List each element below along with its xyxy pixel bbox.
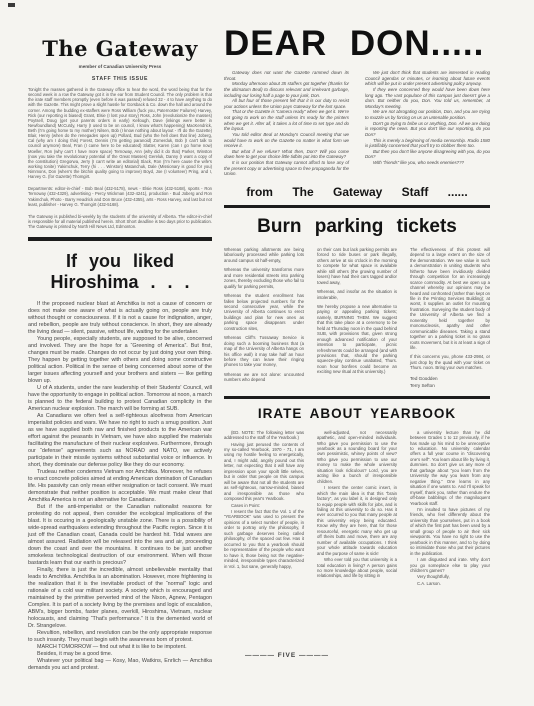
hiroshima-headline: If you liked Hiroshima . . . [28, 251, 212, 292]
paragraph: Whereas we are not alone: uncounted numb… [224, 372, 304, 383]
section-divider-bar-2 [224, 396, 490, 399]
paragraph: But if the anti-imperialist or the Canad… [28, 504, 212, 567]
paragraph: Whereas, and insofar as the situation is… [317, 289, 397, 300]
left-editorial-column: The Gateway member of Canadian Universit… [28, 38, 212, 672]
masthead-divider-bar [28, 237, 212, 241]
irate-about-yearbook-headline: IRATE ABOUT YEARBOOK [224, 406, 490, 421]
hiroshima-headline-line1: If you liked [28, 251, 212, 272]
paragraph: a university lecture than he did between… [410, 430, 490, 506]
dear-don-column-2: We just don't think that students are in… [365, 70, 490, 177]
paragraph: Whereas parking allotments are being lab… [224, 247, 304, 263]
paragraph: Finally, there is just the incredible, a… [28, 567, 212, 630]
newspaper-page: { "page": { "number_label": "———— FIVE —… [0, 0, 534, 706]
paragraph: As Canadians we often feel a self-righte… [28, 413, 212, 469]
paragraph: Whereas the university transforms more a… [224, 267, 304, 289]
paragraph: Having just perused the contents of my s… [224, 442, 304, 502]
paragraph: Don't go trying to bribe us or anything,… [365, 121, 490, 138]
burn-parking-column-2: on their cars but lack parking permits a… [317, 247, 397, 390]
yearbook-column-1: (ED. NOTE: The following letter was addr… [224, 430, 304, 588]
paragraph: We hereby propose a new alternative to p… [317, 304, 397, 375]
paragraph: Revultion, rebellion, and revolution can… [28, 630, 212, 644]
paragraph: I resent the fact that the Vol. 1 of the… [224, 509, 304, 569]
paragraph: Cases in Point: [224, 503, 304, 508]
paragraph: on their cars but lack parking permits a… [317, 247, 397, 285]
paragraph: We are not abrogating our position, Don,… [365, 109, 490, 120]
burn-parking-column-3: The effectiveness of this protest will d… [410, 247, 490, 390]
paragraph: Besides, it may be a good time. [28, 651, 212, 658]
staff-credits-paragraph: Tonight the masses gathered in the Gatew… [28, 87, 212, 179]
paragraph: Trudeau neither condemns Vietnam nor Amc… [28, 469, 212, 504]
hiroshima-article-body: If the proposed nuclear blast at Amchitk… [28, 301, 212, 673]
paragraph: If this concerns you, phone 433-2984, or… [410, 354, 490, 370]
burn-parking-column-1: Whereas parking allotments are being lab… [224, 247, 304, 390]
section-divider-bar [224, 205, 490, 208]
paragraph: (ED. NOTE: The following letter was addr… [224, 430, 304, 441]
signature-ted-goodden: Ted Goodden [410, 376, 490, 383]
dear-don-columns: Gateway does not want the Gazette rammed… [224, 70, 490, 177]
yearbook-column-3: a university lecture than he did between… [410, 430, 490, 588]
paragraph: Whereas Cliff's Tossaway Service is doin… [224, 335, 304, 368]
burn-parking-tickets-headline: Burn parking tickets [224, 216, 490, 238]
dear-don-column-1: Gateway does not want the Gazette rammed… [224, 70, 349, 177]
paragraph: C.A. Larson. [410, 581, 490, 586]
publication-note: The Gateway is published bi-weekly by th… [28, 214, 212, 229]
burn-parking-columns: Whereas parking allotments are being lab… [224, 247, 490, 390]
paragraph: Gateway does not want the Gazette rammed… [224, 70, 349, 81]
scan-artifact [8, 3, 15, 7]
paragraph: With “friends” like you, who needs enemi… [365, 160, 490, 166]
paragraph: Who ever told you that university is a t… [317, 557, 397, 579]
paragraph: I resent the center comic insert, in whi… [317, 485, 397, 556]
yearbook-column-2: well-adjusted, not necessarily apathetic… [317, 430, 397, 588]
paragraph: But then you don't like anyone disagreei… [365, 149, 490, 160]
paragraph: All but four of those present felt that … [224, 98, 349, 109]
staff-this-issue-heading: STAFF THIS ISSUE [28, 76, 212, 82]
right-editorial-section: DEAR DON..... Gateway does not want the … [224, 26, 490, 587]
paragraph: If they were concerned they would have b… [365, 87, 490, 110]
gateway-staff-signoff: from The Gateway Staff ...... [224, 185, 490, 199]
paragraph: Whereas the student enrollment has falle… [224, 293, 304, 331]
paragraph: The effectiveness of this protest will d… [410, 247, 490, 351]
paragraph: But what if we refuse? What then, Don? W… [224, 149, 349, 160]
paragraph: We just don't think that students are in… [365, 70, 490, 87]
paragraph: You told editor Beal at Monday's Council… [224, 132, 349, 149]
dear-don-headline: DEAR DON..... [224, 26, 490, 61]
hiroshima-headline-line2: Hiroshima . . . [28, 272, 212, 293]
paragraph: MARCH TOMORROW — find out what it is lik… [28, 644, 212, 651]
paragraph: I'm insulted to have pictures of my frie… [410, 507, 490, 556]
paragraph: U of A students, under the rare leadersh… [28, 385, 212, 413]
burn-parking-column-3-text: The effectiveness of this protest will d… [410, 247, 490, 371]
paragraph: Young people, especially students, are s… [28, 336, 212, 385]
paragraph: This is merely a beginning of media cens… [365, 138, 490, 149]
burn-parking-signatures: Ted Goodden Terry Sefton [410, 376, 490, 390]
paragraph: If the proposed nuclear blast at Amchitk… [28, 301, 212, 336]
paragraph: That or the Gazette is “camera ready” wh… [224, 109, 349, 132]
paragraph: It is our position that Gateway cannot a… [224, 160, 349, 177]
paragraph: Very thoughtfully, [410, 574, 490, 579]
paragraph: I am disgusted and irate. Why don't you … [410, 557, 490, 573]
page-number: ———— FIVE ———— [232, 652, 342, 659]
newspaper-masthead-title: The Gateway [28, 38, 212, 60]
yearbook-columns: (ED. NOTE: The following letter was addr… [224, 430, 490, 588]
signature-terry-sefton: Terry Sefton [410, 383, 490, 390]
departments-paragraph: Departments: editor-in-chief - Bob Beal … [28, 186, 212, 207]
paragraph: Whatever your political bag — Kosy, Mao,… [28, 658, 212, 672]
paragraph: well-adjusted, not necessarily apathetic… [317, 430, 397, 485]
paragraph: Monday afternoon about 35 staffers got t… [224, 81, 349, 98]
masthead-affiliation: member of Canadian University Press [28, 64, 212, 69]
